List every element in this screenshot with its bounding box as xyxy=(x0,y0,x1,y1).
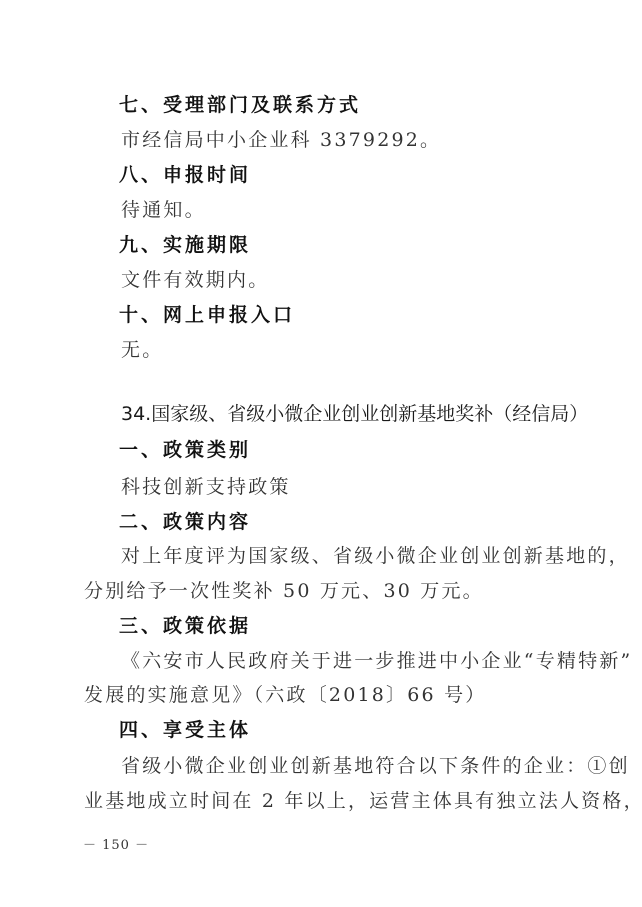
section-heading-online-entry: 十、网上申报入口 xyxy=(119,303,295,327)
section-heading-category: 一、政策类别 xyxy=(119,438,251,462)
section-basis-line-2: 发展的实施意见》（六政〔2018〕66 号） xyxy=(84,683,486,707)
section-content-period: 文件有效期内。 xyxy=(121,268,269,292)
policy-title: 34.国家级、省级小微企业创业创新基地奖补（经信局） xyxy=(121,402,588,426)
section-heading-content: 二、政策内容 xyxy=(119,510,251,534)
section-heading-contact: 七、受理部门及联系方式 xyxy=(119,93,361,117)
section-heading-period: 九、实施期限 xyxy=(119,233,251,257)
section-beneficiary-line-1: 省级小微企业创业创新基地符合以下条件的企业：①创 xyxy=(121,754,630,778)
section-heading-beneficiary: 四、享受主体 xyxy=(119,718,251,742)
section-content-apply-time: 待通知。 xyxy=(121,198,206,222)
section-content-contact: 市经信局中小企业科 3379292。 xyxy=(121,128,441,152)
section-content-line-1: 对上年度评为国家级、省级小微企业创业创新基地的， xyxy=(121,544,630,568)
section-beneficiary-line-2: 业基地成立时间在 2 年以上，运营主体具有独立法人资格， xyxy=(84,789,642,813)
section-heading-basis: 三、政策依据 xyxy=(119,614,251,638)
document-page: 七、受理部门及联系方式 市经信局中小企业科 3379292。 八、申报时间 待通… xyxy=(0,0,642,907)
page-number: － 150 － xyxy=(83,834,149,853)
section-basis-line-1: 《六安市人民政府关于进一步推进中小企业“专精特新” xyxy=(121,649,632,673)
section-heading-apply-time: 八、申报时间 xyxy=(119,163,251,187)
section-content-line-2: 分别给予一次性奖补 50 万元、30 万元。 xyxy=(84,579,484,603)
section-content-online-entry: 无。 xyxy=(121,338,163,362)
section-content-category: 科技创新支持政策 xyxy=(121,475,291,499)
